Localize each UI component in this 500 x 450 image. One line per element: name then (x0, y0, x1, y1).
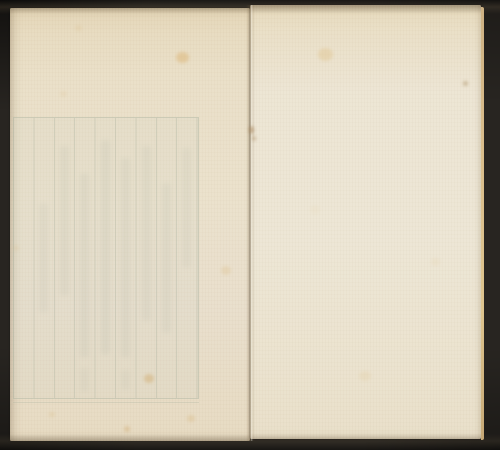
foxing-stain (249, 126, 254, 134)
foxing-stain (144, 374, 154, 383)
ghost-text-streak (80, 368, 89, 392)
ghost-text-streak (121, 370, 130, 390)
foxing-stain (187, 415, 195, 422)
ghost-text-streak (182, 148, 191, 268)
scanner-background (0, 0, 500, 450)
ghost-text-streak (80, 173, 89, 358)
foxing-stain (221, 266, 231, 275)
ghost-text-streak (60, 146, 69, 296)
foxing-stain (60, 91, 67, 97)
bleedthrough-text-frame (13, 117, 199, 399)
foxing-stain (124, 426, 130, 432)
foxing-stain (75, 25, 82, 31)
ghost-text-streak (142, 146, 151, 321)
foxing-stain (431, 258, 440, 266)
foxing-stain (49, 412, 55, 417)
ghost-text-streak (121, 158, 130, 358)
foxing-stain (176, 52, 189, 63)
ghost-text-streak (101, 140, 110, 355)
foxing-stain (252, 136, 256, 141)
foxing-stain (463, 81, 468, 86)
ghost-text-streak (162, 183, 171, 333)
book-spread (10, 5, 484, 441)
foxing-stain (310, 205, 320, 214)
gutter-fold (246, 5, 255, 441)
left-page-blank-verso (10, 8, 250, 441)
foxing-stain (359, 371, 371, 381)
foxing-stain (13, 245, 19, 251)
ghost-text-streak (39, 203, 48, 313)
foxing-stain (318, 48, 333, 61)
fore-edge-of-right-page (481, 7, 484, 440)
